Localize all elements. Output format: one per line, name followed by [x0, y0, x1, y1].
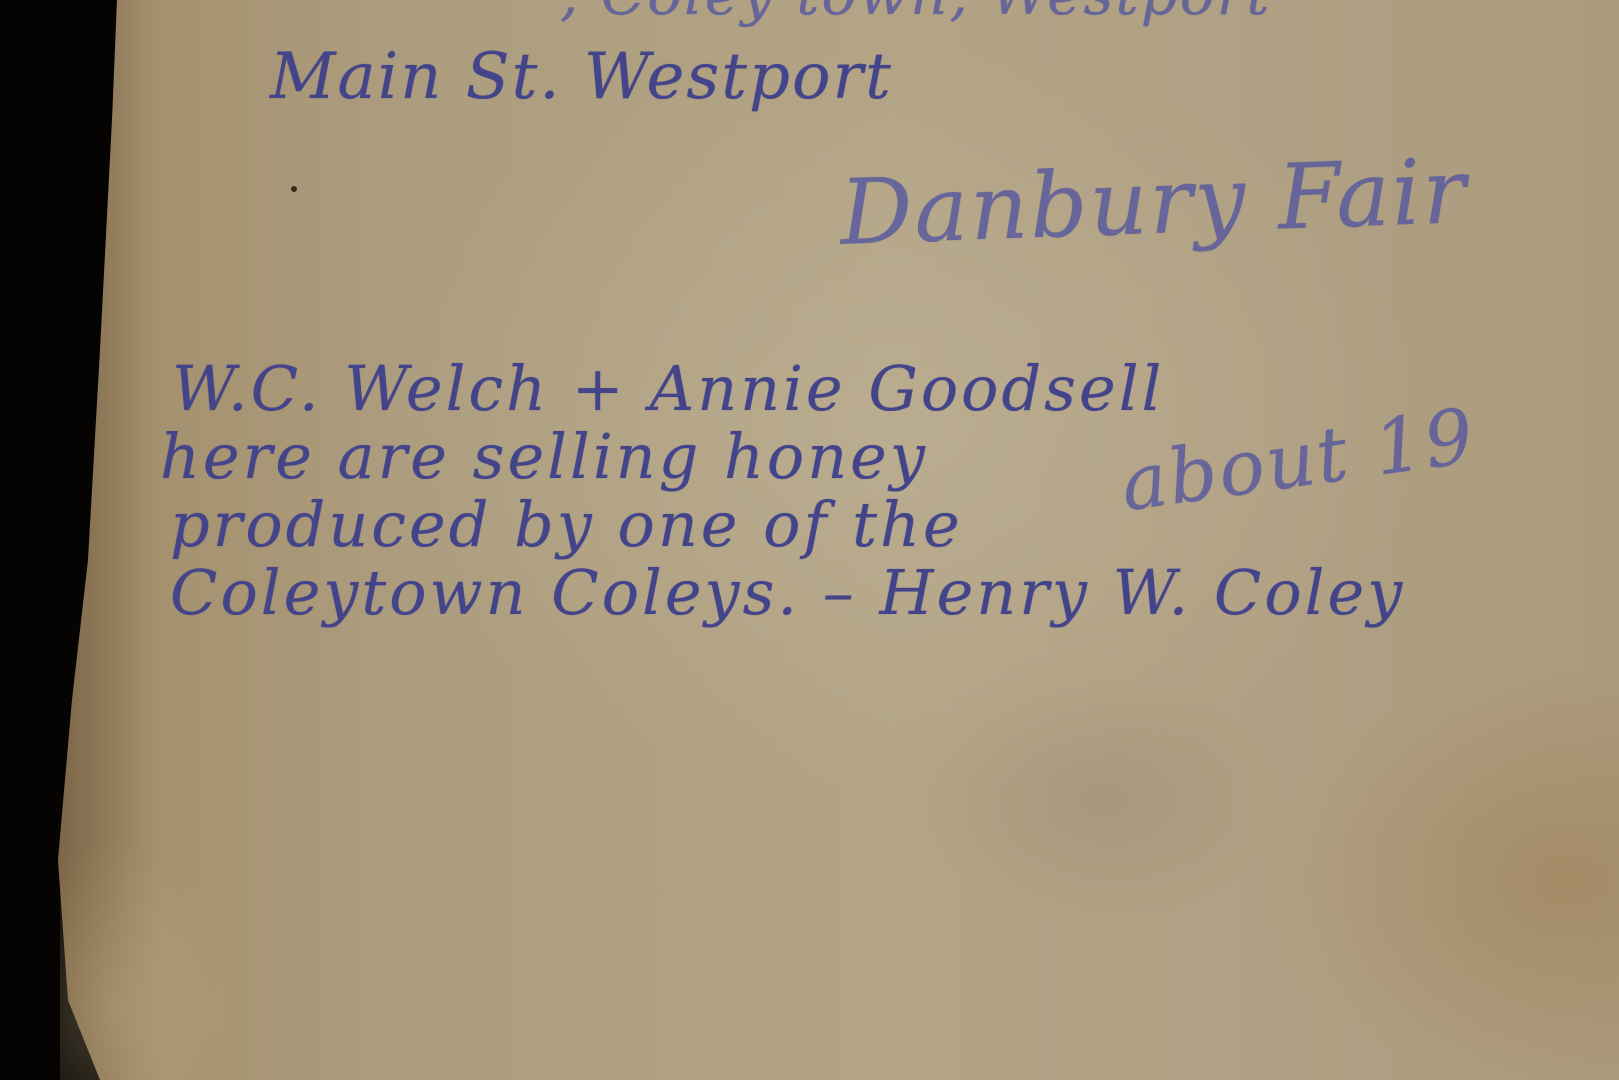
danbury-fair-note: Danbury Fair — [838, 139, 1469, 266]
note-line-4-signature: Coleytown Coleys. – Henry W. Coley — [170, 556, 1405, 629]
note-line-3: produced by one of the — [170, 488, 963, 561]
address-line-main-st: Main St. Westport — [270, 40, 893, 114]
paper-speck — [291, 186, 297, 192]
note-line-2: here are selling honey — [160, 420, 928, 493]
cut-off-address-line: , Coley town, Westport — [560, 0, 1272, 28]
photo-scene: , Coley town, Westport Main St. Westport… — [0, 0, 1619, 1080]
note-line-1: W.C. Welch + Annie Goodsell — [172, 352, 1164, 425]
